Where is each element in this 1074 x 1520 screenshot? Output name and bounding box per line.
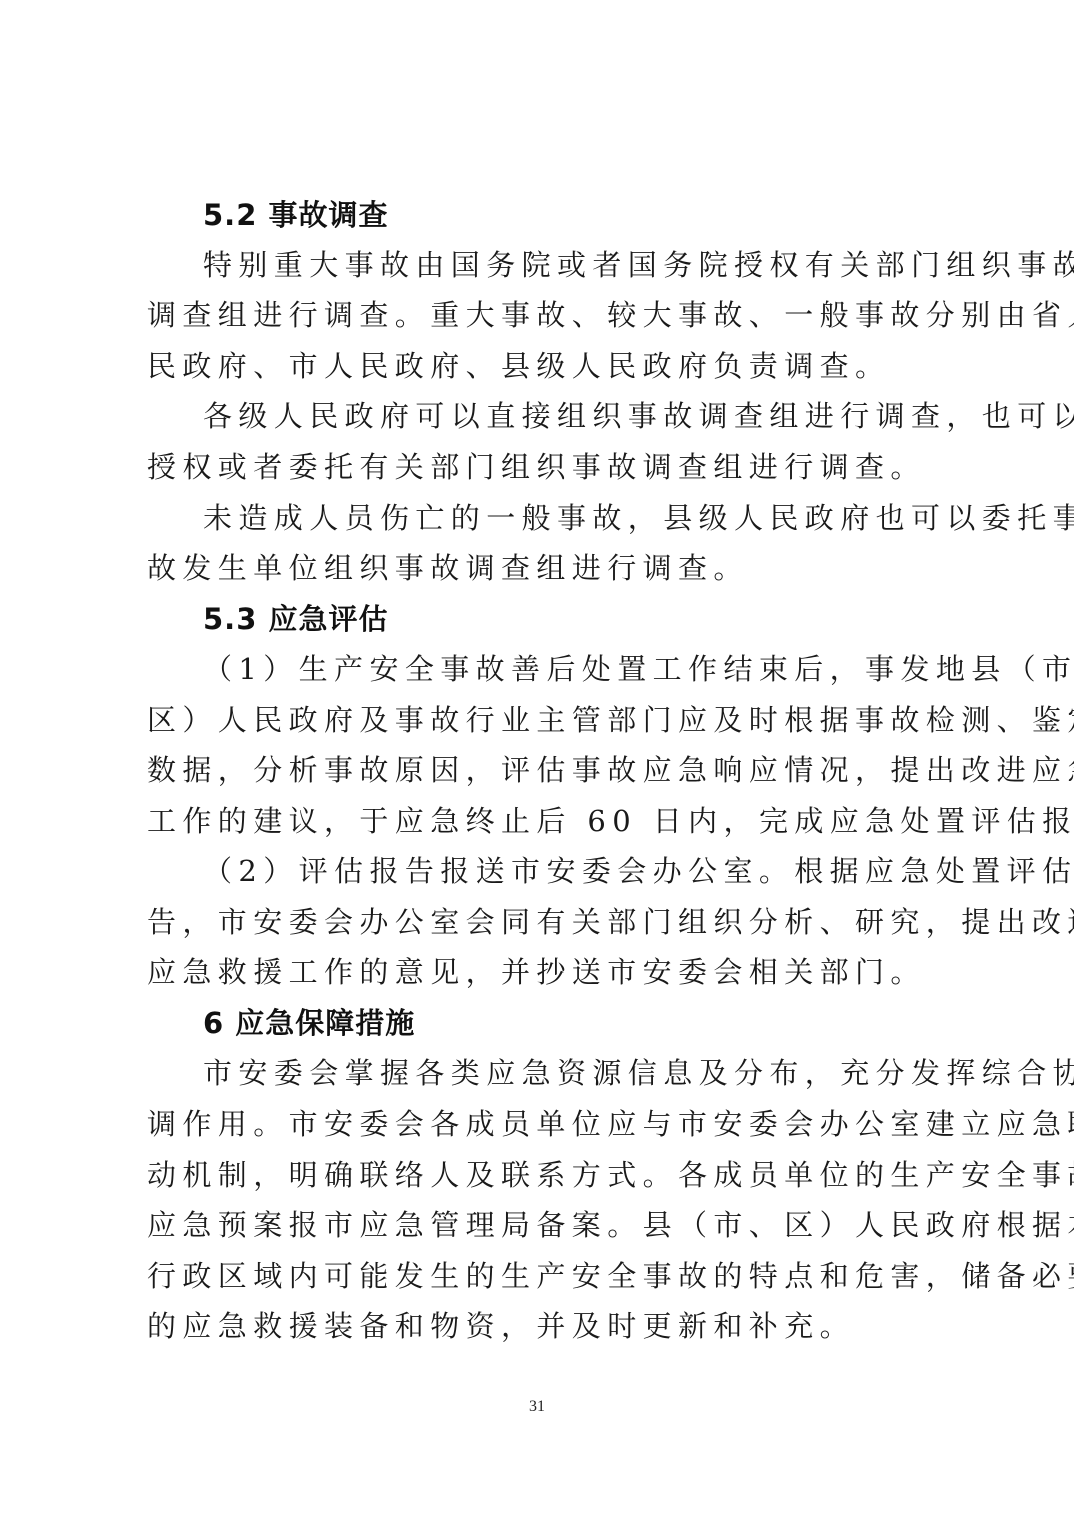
paragraph-line: 数据，分析事故原因，评估事故应急响应情况，提出改进应急 xyxy=(147,745,937,795)
section-heading-6: 6 应急保障措施 xyxy=(203,998,415,1048)
paragraph-line: 应急预案报市应急管理局备案。县（市、区）人民政府根据本 xyxy=(147,1200,937,1250)
paragraph-line: 民政府、市人民政府、县级人民政府负责调查。 xyxy=(147,341,937,391)
paragraph-line: （1）生产安全事故善后处置工作结束后，事发地县（市、 xyxy=(203,644,937,694)
paragraph-line: 特别重大事故由国务院或者国务院授权有关部门组织事故 xyxy=(203,240,937,290)
page-number: 31 xyxy=(0,1398,1074,1416)
paragraph-line: （2）评估报告报送市安委会办公室。根据应急处置评估报 xyxy=(203,846,937,896)
section-heading-5-2: 5.2 事故调查 xyxy=(203,190,388,240)
paragraph-line: 故发生单位组织事故调查组进行调查。 xyxy=(147,543,937,593)
paragraph-line: 工作的建议，于应急终止后 60 日内，完成应急处置评估报告。 xyxy=(147,796,937,846)
paragraph-line: 告，市安委会办公室会同有关部门组织分析、研究，提出改进 xyxy=(147,897,937,947)
paragraph-line: 调查组进行调查。重大事故、较大事故、一般事故分别由省人 xyxy=(147,290,937,340)
section-heading-5-3: 5.3 应急评估 xyxy=(203,594,388,644)
paragraph-line: 市安委会掌握各类应急资源信息及分布，充分发挥综合协 xyxy=(203,1048,937,1098)
paragraph-line: 区）人民政府及事故行业主管部门应及时根据事故检测、鉴定 xyxy=(147,695,937,745)
paragraph-line: 调作用。市安委会各成员单位应与市安委会办公室建立应急联 xyxy=(147,1099,937,1149)
paragraph-line: 行政区域内可能发生的生产安全事故的特点和危害，储备必要 xyxy=(147,1251,937,1301)
document-page: 5.2 事故调查 特别重大事故由国务院或者国务院授权有关部门组织事故 调查组进行… xyxy=(0,0,1074,1520)
paragraph-line: 授权或者委托有关部门组织事故调查组进行调查。 xyxy=(147,442,937,492)
paragraph-line: 各级人民政府可以直接组织事故调查组进行调查，也可以 xyxy=(203,391,937,441)
paragraph-line: 应急救援工作的意见，并抄送市安委会相关部门。 xyxy=(147,947,937,997)
paragraph-line: 未造成人员伤亡的一般事故，县级人民政府也可以委托事 xyxy=(203,493,937,543)
paragraph-line: 的应急救援装备和物资，并及时更新和补充。 xyxy=(147,1301,937,1351)
paragraph-line: 动机制，明确联络人及联系方式。各成员单位的生产安全事故 xyxy=(147,1150,937,1200)
